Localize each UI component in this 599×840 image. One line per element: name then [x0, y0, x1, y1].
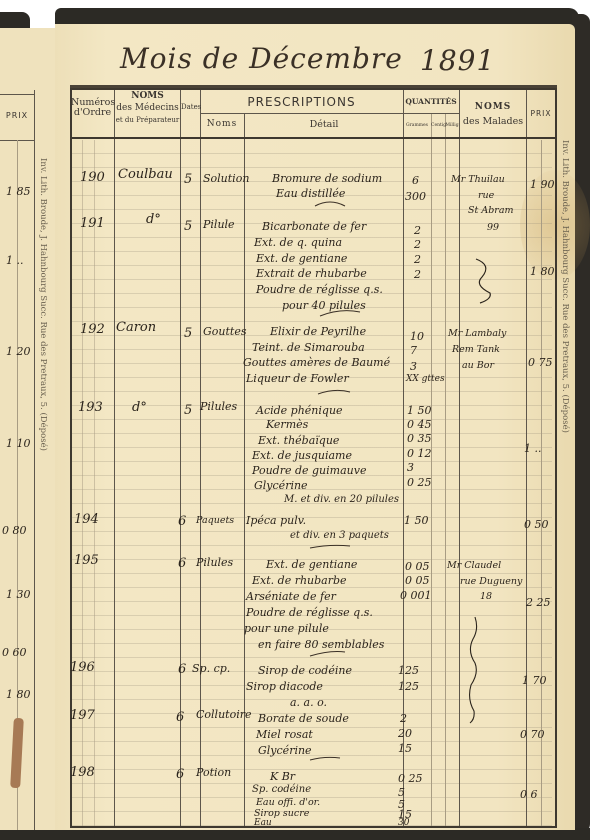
entry-separator-flourishes — [0, 0, 599, 840]
